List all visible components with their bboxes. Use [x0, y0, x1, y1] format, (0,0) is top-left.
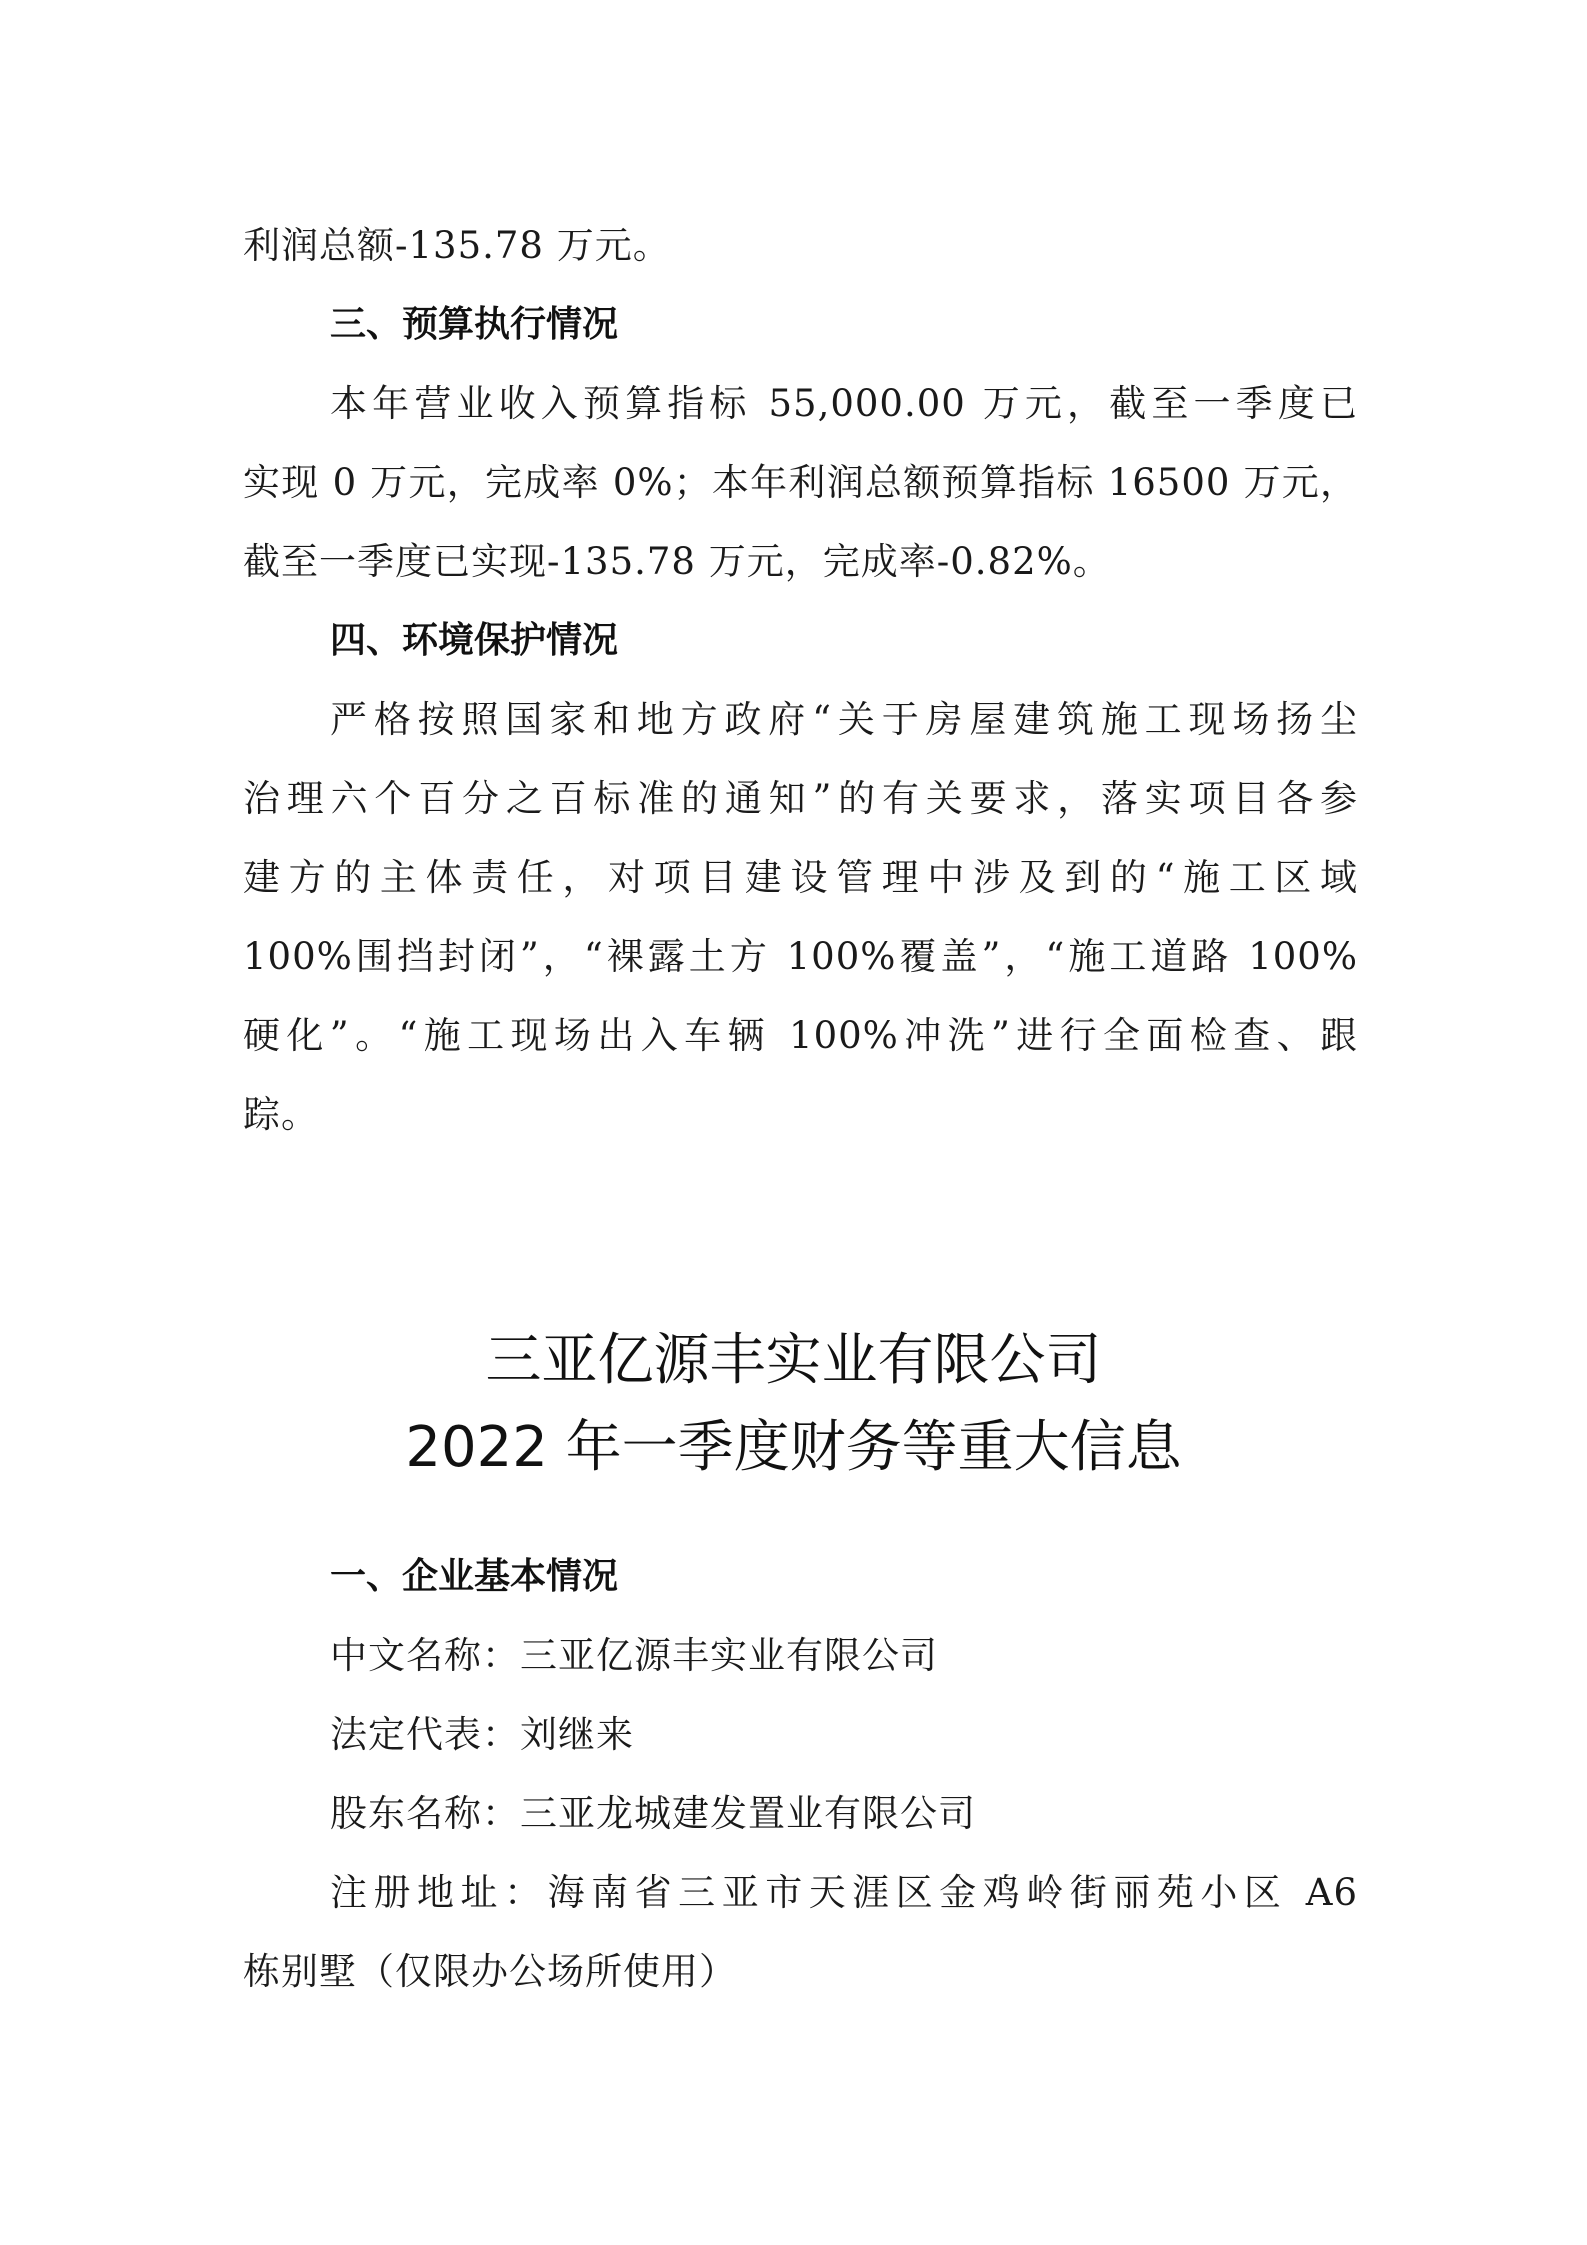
report-title-period: 2022 年一季度财务等重大信息 [0, 1412, 1587, 1484]
field-registered-address: 注册地址：海南省三亚市天涯区金鸡岭街丽苑小区 A6 [330, 1867, 1358, 1919]
section-heading-basic-info: 一、企业基本情况 [330, 1551, 618, 1603]
field-label: 股东名称： [330, 1792, 520, 1835]
field-value: 三亚亿源丰实业有限公司 [520, 1634, 938, 1677]
field-chinese-name: 中文名称：三亚亿源丰实业有限公司 [330, 1630, 1358, 1682]
field-shareholder-name: 股东名称：三亚龙城建发置业有限公司 [330, 1788, 1358, 1840]
paragraph-line: 建方的主体责任，对项目建设管理中涉及到的“施工区域 [243, 852, 1358, 904]
field-value: 海南省三亚市天涯区金鸡岭街丽苑小区 A6 [548, 1871, 1358, 1914]
section-heading-environment: 四、环境保护情况 [330, 615, 618, 667]
field-value: 三亚龙城建发置业有限公司 [520, 1792, 976, 1835]
paragraph-line: 严格按照国家和地方政府“关于房屋建筑施工现场扬尘 [330, 694, 1358, 746]
field-legal-representative: 法定代表：刘继来 [330, 1709, 1358, 1761]
field-label: 法定代表： [330, 1713, 520, 1756]
paragraph-line: 踪。 [243, 1089, 1358, 1141]
field-label: 注册地址： [330, 1871, 548, 1914]
paragraph-line: 治理六个百分之百标准的通知”的有关要求，落实项目各参 [243, 773, 1358, 825]
paragraph-line: 硬化”。“施工现场出入车辆 100%冲洗”进行全面检查、跟 [243, 1010, 1358, 1062]
paragraph-line: 实现 0 万元，完成率 0%；本年利润总额预算指标 16500 万元， [243, 457, 1358, 509]
paragraph-line: 100%围挡封闭”，“裸露土方 100%覆盖”，“施工道路 100% [243, 931, 1358, 983]
paragraph-line: 栋别墅（仅限办公场所使用） [243, 1946, 1358, 1998]
paragraph-line: 本年营业收入预算指标 55,000.00 万元，截至一季度已 [330, 378, 1358, 430]
section-heading-budget: 三、预算执行情况 [330, 299, 618, 351]
paragraph-line: 截至一季度已实现-135.78 万元，完成率-0.82%。 [243, 536, 1358, 588]
field-value: 刘继来 [520, 1713, 634, 1756]
document-page: 利润总额-135.78 万元。 三、预算执行情况 本年营业收入预算指标 55,0… [0, 0, 1587, 2245]
paragraph-line: 利润总额-135.78 万元。 [243, 220, 1358, 272]
report-title-company: 三亚亿源丰实业有限公司 [0, 1325, 1587, 1397]
field-label: 中文名称： [330, 1634, 520, 1677]
